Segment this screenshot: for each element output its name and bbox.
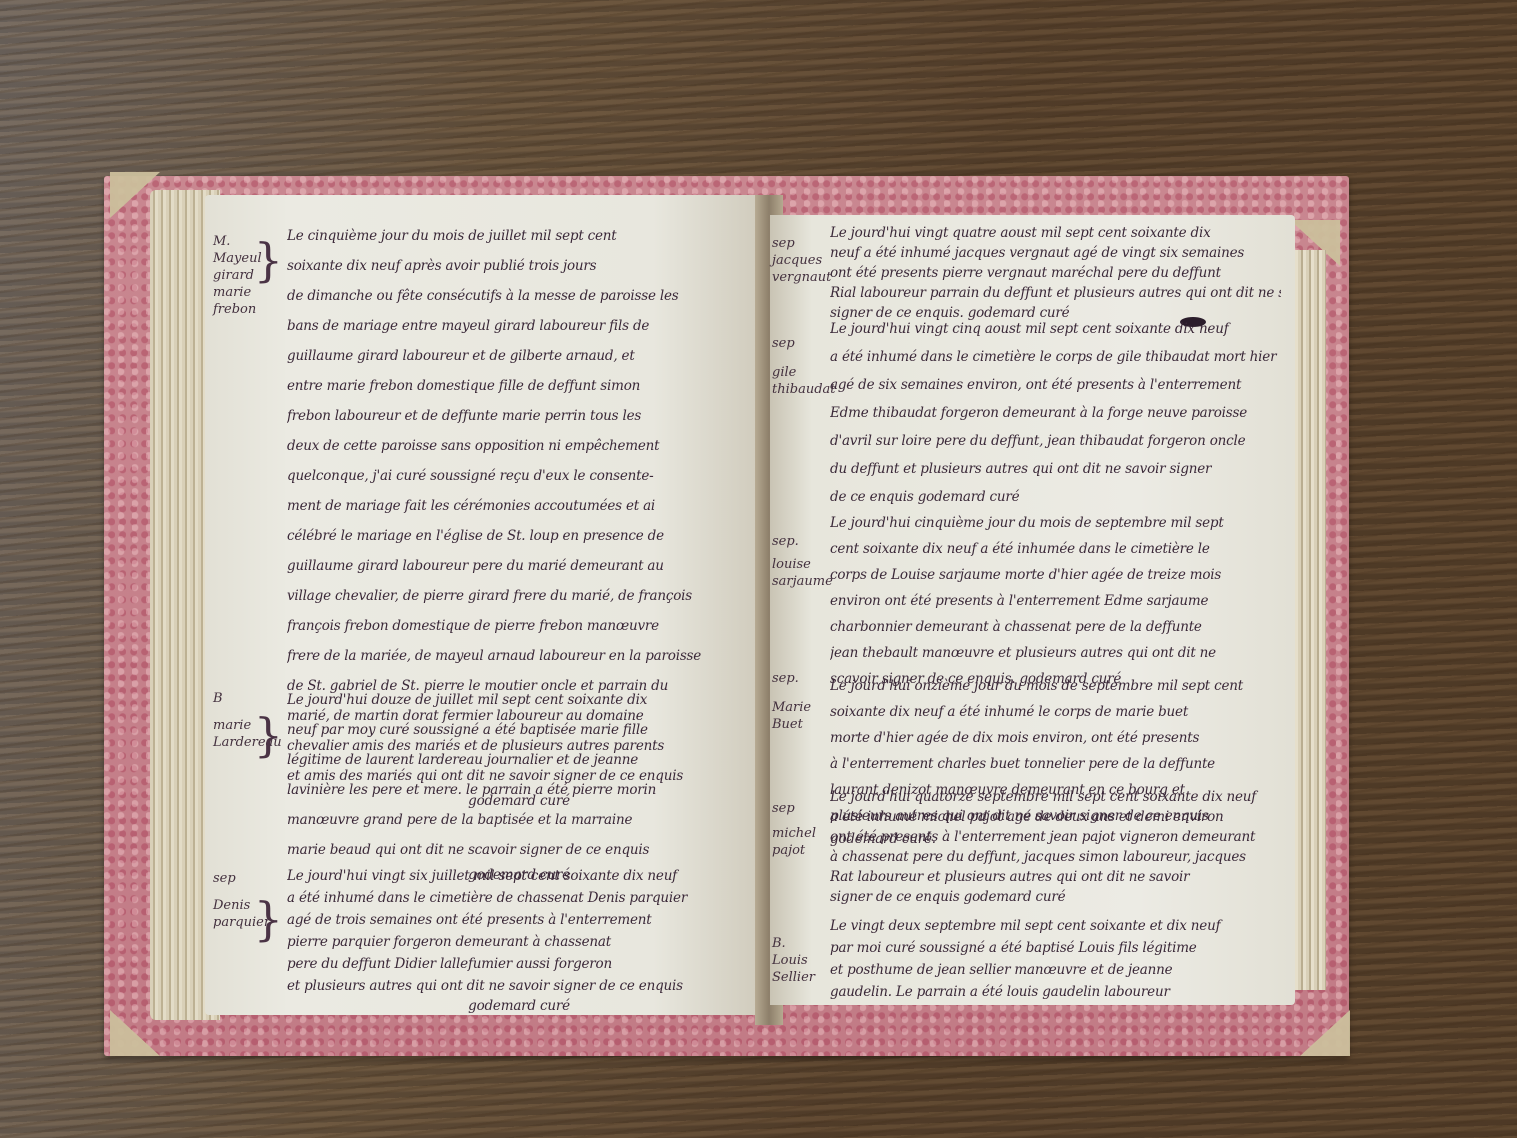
margin-text: vergnaut: [772, 269, 828, 286]
entry-line: de ce enquis godemard curé: [830, 483, 1281, 511]
entry-line: agé de six semaines environ, ont été pre…: [830, 371, 1281, 399]
register-entry-burial: Le jourd'hui vingt cinq aoust mil sept c…: [830, 315, 1281, 511]
entry-line: jean thebault manœuvre et plusieurs autr…: [830, 640, 1281, 666]
margin-text: thibaudat: [772, 381, 828, 398]
entry-line: et posthume de jean sellier manœuvre et …: [830, 959, 1281, 981]
register-entry-baptism: Le jourd'hui douze de juillet mil sept c…: [287, 685, 751, 885]
entry-line: signer de ce enquis godemard curé: [830, 887, 1281, 907]
entry-line: ont été presents à l'enterrement jean pa…: [830, 827, 1281, 847]
entry-line: de dimanche ou fête consécutifs à la mes…: [287, 281, 751, 311]
margin-note: sep Denis parquier }: [213, 870, 277, 931]
margin-note: M. Mayeul girard marie frebon }: [213, 233, 277, 318]
register-entry-burial: Le jourd'hui cinquième jour du mois de s…: [830, 510, 1281, 692]
entry-line: et plusieurs autres qui ont dit ne savoi…: [287, 975, 751, 997]
margin-note: sep jacques vergnaut: [772, 235, 828, 286]
entry-line: pierre parquier forgeron demeurant à cha…: [287, 931, 751, 953]
entry-line: par moi curé soussigné a été baptisé Lou…: [830, 937, 1281, 959]
entry-line: pere du deffunt Didier lallefumier aussi…: [287, 953, 751, 975]
margin-text: sep.: [772, 533, 828, 550]
entry-line: a été inhumé dans le cimetière le corps …: [830, 343, 1281, 371]
entry-line: du deffunt et plusieurs autres qui ont d…: [830, 455, 1281, 483]
entry-line: environ ont été presents à l'enterrement…: [830, 588, 1281, 614]
entry-line: Le jourd'hui cinquième jour du mois de s…: [830, 510, 1281, 536]
margin-text: sep: [772, 335, 828, 352]
margin-note: B. Louis Sellier: [772, 935, 828, 986]
register-entry-burial: Le jourd'hui quatorze septembre mil sept…: [830, 867, 1281, 907]
brace-icon: }: [254, 237, 283, 283]
margin-text: frebon: [213, 301, 277, 318]
entry-line: françois frebon domestique de pierre fre…: [287, 611, 751, 641]
margin-text: jacques: [772, 252, 828, 269]
margin-text: Louis: [772, 952, 828, 969]
entry-line: ment de mariage fait les cérémonies acco…: [287, 491, 751, 521]
entry-line: d'avril sur loire pere du deffunt, jean …: [830, 427, 1281, 455]
entry-line: ont été presents pierre vergnaut marécha…: [830, 263, 1281, 283]
margin-note: sep michel pajot: [772, 800, 828, 859]
entry-line: quelconque, j'ai curé soussigné reçu d'e…: [287, 461, 751, 491]
register-entry-burial: Le jourd'hui vingt quatre aoust mil sept…: [830, 223, 1281, 323]
entry-line: frere de la mariée, de mayeul arnaud lab…: [287, 641, 751, 671]
margin-text: sep: [772, 800, 828, 817]
entry-line: manœuvre grand pere de la baptisée et la…: [287, 805, 751, 835]
entry-line: frebon laboureur et de deffunte marie pe…: [287, 401, 751, 431]
margin-note: B marie Lardereau }: [213, 690, 277, 751]
margin-text: Sellier: [772, 969, 828, 986]
entry-line: charbonnier demeurant à chassenat pere d…: [830, 614, 1281, 640]
entry-line: Le jourd'hui onzième jour du mois de sep…: [830, 673, 1281, 699]
margin-text: gile: [772, 364, 828, 381]
entry-line: Edme thibaudat forgeron demeurant à la f…: [830, 399, 1281, 427]
entry-line: a été inhumé michel pajot agé de deux an…: [830, 807, 1281, 827]
entry-line: marie beaud qui ont dit ne scavoir signe…: [287, 835, 751, 865]
entry-line: morte d'hier agée de dix mois environ, o…: [830, 725, 1281, 751]
margin-note: sep gile thibaudat: [772, 335, 828, 398]
entry-line: Le cinquième jour du mois de juillet mil…: [287, 221, 751, 251]
entry-line: village chevalier, de pierre girard frer…: [287, 581, 751, 611]
entry-line: Le jourd'hui douze de juillet mil sept c…: [287, 685, 751, 715]
margin-text: Buet: [772, 716, 828, 733]
entry-line: Rat laboureur et plusieurs autres qui on…: [830, 867, 1281, 887]
entry-line: Le vingt deux septembre mil sept cent so…: [830, 915, 1281, 937]
page-edges-right: [1290, 250, 1326, 990]
register-entry-burial: Le jourd'hui vingt six juillet mil sept …: [287, 865, 751, 1015]
entry-line: a été inhumé dans le cimetière de chasse…: [287, 887, 751, 909]
entry-line: Le jourd'hui quatorze septembre mil sept…: [830, 787, 1281, 807]
left-page: M. Mayeul girard marie frebon } Le cinqu…: [205, 195, 765, 1015]
margin-note: sep. louise sarjaume: [772, 533, 828, 590]
margin-text: Marie: [772, 699, 828, 716]
entry-line: gaudelin. Le parrain a été louis gaudeli…: [830, 981, 1281, 1003]
margin-text: louise: [772, 556, 828, 573]
entry-line: Le jourd'hui vingt quatre aoust mil sept…: [830, 223, 1281, 243]
margin-text: sep: [772, 235, 828, 252]
entry-line: Rial laboureur parrain du deffunt et plu…: [830, 283, 1281, 303]
entry-line: soixante dix neuf a été inhumé le corps …: [830, 699, 1281, 725]
margin-text: michel: [772, 825, 828, 842]
margin-text: sarjaume: [772, 573, 828, 590]
entry-line: deux de cette paroisse sans opposition n…: [287, 431, 751, 461]
entry-line: cent soixante dix neuf a été inhumée dan…: [830, 536, 1281, 562]
entry-line: neuf par moy curé soussigné a été baptis…: [287, 715, 751, 745]
register-entry-baptism: Le vingt deux septembre mil sept cent so…: [830, 915, 1281, 1003]
margin-text: B: [213, 690, 277, 707]
entry-line: célébré le mariage en l'église de St. lo…: [287, 521, 751, 551]
entry-line: Le jourd'hui vingt six juillet mil sept …: [287, 865, 751, 887]
entry-line: agé de trois semaines ont été presents à…: [287, 909, 751, 931]
entry-line: corps de Louise sarjaume morte d'hier ag…: [830, 562, 1281, 588]
entry-line: lavinière les pere et mere. le parrain a…: [287, 775, 751, 805]
entry-line: à l'enterrement charles buet tonnelier p…: [830, 751, 1281, 777]
entry-line: bans de mariage entre mayeul girard labo…: [287, 311, 751, 341]
entry-line: neuf a été inhumé jacques vergnaut agé d…: [830, 243, 1281, 263]
brace-icon: }: [254, 896, 283, 942]
margin-text: B.: [772, 935, 828, 952]
brace-icon: }: [254, 712, 283, 758]
entry-line: guillaume girard laboureur et de gilbert…: [287, 341, 751, 371]
right-page: sep jacques vergnaut Le jourd'hui vingt …: [770, 215, 1295, 1005]
entry-line: Le jourd'hui vingt cinq aoust mil sept c…: [830, 315, 1281, 343]
margin-text: pajot: [772, 842, 828, 859]
entry-line: entre marie frebon domestique fille de d…: [287, 371, 751, 401]
priest-signature: godemard curé: [287, 997, 751, 1015]
margin-text: sep.: [772, 670, 828, 687]
entry-line: guillaume girard laboureur pere du marié…: [287, 551, 751, 581]
margin-note: sep. Marie Buet: [772, 670, 828, 733]
margin-text: sep: [213, 870, 277, 887]
entry-line: à chassenat pere du deffunt, jacques sim…: [830, 847, 1281, 867]
entry-line: légitime de laurent lardereau journalier…: [287, 745, 751, 775]
entry-line: soixante dix neuf après avoir publié tro…: [287, 251, 751, 281]
